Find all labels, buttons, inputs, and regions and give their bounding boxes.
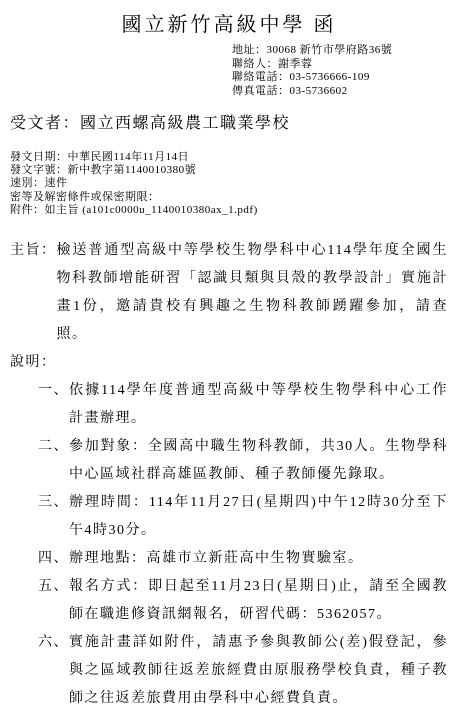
meta-block: 發文日期：中華民國114年11月14日 發文字號：新中教字第1140010380… xyxy=(10,151,448,217)
explanation-item-5: 五、 報名方式：即日起至11月23日(星期日)止，請至全國教師在職進修資訊網報名… xyxy=(10,573,448,629)
item-number: 二、 xyxy=(38,433,69,461)
explanation-item-3: 三、 辦理時間：114年11月27日(星期四)中午12時30分至下午4時30分。 xyxy=(10,489,448,545)
explanation-item-6: 六、 實施計畫詳如附件，請惠予參與教師公(差)假登記，參與之區域教師往返差旅經費… xyxy=(10,629,448,710)
item-number: 四、 xyxy=(38,545,69,573)
meta-security: 密等及解密條件或保密期限： xyxy=(10,191,448,204)
contact-person: 聯絡人：謝季蓉 xyxy=(232,58,448,72)
item-text: 辦理地點：高雄市立新莊高中生物實驗室。 xyxy=(69,545,448,573)
official-letter-page: 國立新竹高級中學 函 地址：30068 新竹市學府路36號 聯絡人：謝季蓉 聯絡… xyxy=(0,0,456,710)
letter-title: 國立新竹高級中學 函 xyxy=(10,13,448,38)
contact-block: 地址：30068 新竹市學府路36號 聯絡人：謝季蓉 聯絡電話：03-57366… xyxy=(232,44,448,98)
item-number: 六、 xyxy=(38,629,69,657)
item-number: 三、 xyxy=(38,489,69,517)
explanation-item-4: 四、 辦理地點：高雄市立新莊高中生物實驗室。 xyxy=(10,545,448,573)
subject-paragraph: 主旨： 檢送普通型高級中等學校生物學科中心114學年度全國生物科教師增能研習「認… xyxy=(10,237,448,349)
contact-fax: 傳真電話：03-5736602 xyxy=(232,85,448,99)
item-number: 五、 xyxy=(38,573,69,601)
contact-address: 地址：30068 新竹市學府路36號 xyxy=(232,44,448,58)
recipient-line: 受文者：國立西螺高級農工職業學校 xyxy=(10,113,448,135)
meta-doc-number: 發文字號：新中教字第1140010380號 xyxy=(10,164,448,177)
meta-date: 發文日期：中華民國114年11月14日 xyxy=(10,151,448,164)
explanation-label: 說明： xyxy=(10,349,448,377)
explanation-items: 一、 依據114學年度普通型高級中等學校生物學科中心工作計畫辦理。 二、 參加對… xyxy=(10,377,448,710)
explanation-item-1: 一、 依據114學年度普通型高級中等學校生物學科中心工作計畫辦理。 xyxy=(10,377,448,433)
contact-phone: 聯絡電話：03-5736666-109 xyxy=(232,71,448,85)
item-text: 報名方式：即日起至11月23日(星期日)止，請至全國教師在職進修資訊網報名，研習… xyxy=(69,573,448,629)
meta-attachment: 附件：如主旨 (a101c0000u_1140010380ax_1.pdf) xyxy=(10,204,448,217)
item-text: 實施計畫詳如附件，請惠予參與教師公(差)假登記，參與之區域教師往返差旅經費由原服… xyxy=(69,629,448,710)
item-text: 依據114學年度普通型高級中等學校生物學科中心工作計畫辦理。 xyxy=(69,377,448,433)
item-text: 辦理時間：114年11月27日(星期四)中午12時30分至下午4時30分。 xyxy=(69,489,448,545)
subject-label: 主旨： xyxy=(10,237,57,265)
item-text: 參加對象：全國高中職生物科教師，共30人。生物學科中心區域社群高雄區教師、種子教… xyxy=(69,433,448,489)
explanation-item-2: 二、 參加對象：全國高中職生物科教師，共30人。生物學科中心區域社群高雄區教師、… xyxy=(10,433,448,489)
letter-body: 主旨： 檢送普通型高級中等學校生物學科中心114學年度全國生物科教師增能研習「認… xyxy=(10,237,448,710)
subject-text: 檢送普通型高級中等學校生物學科中心114學年度全國生物科教師增能研習「認識貝類與… xyxy=(57,237,449,349)
meta-speed: 速別：速件 xyxy=(10,177,448,190)
item-number: 一、 xyxy=(38,377,69,405)
